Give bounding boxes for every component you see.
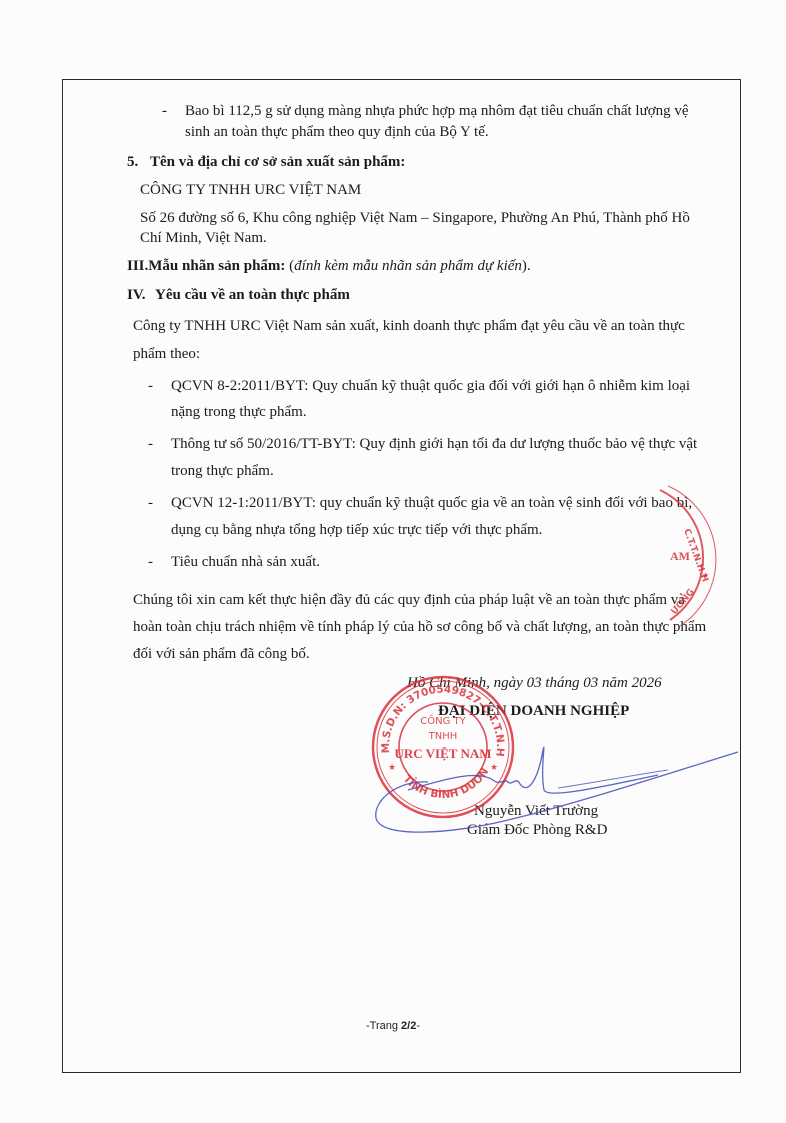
section-5-title: Tên và địa chỉ cơ sở sản xuất sản phẩm: [150, 152, 405, 172]
footer-suffix: - [416, 1020, 420, 1032]
regulation-3-line-1: QCVN 12-1:2011/BYT: quy chuẩn kỹ thuật q… [171, 493, 692, 513]
commitment-line-3: đối với sản phẩm đã công bố. [133, 644, 310, 664]
regulation-2-line-2: trong thực phẩm. [171, 461, 274, 481]
regulation-1-line-2: nặng trong thực phẩm. [171, 402, 307, 422]
bullet-marker: - [148, 434, 153, 454]
section-4-title: Yêu cầu về an toàn thực phẩm [155, 285, 350, 305]
commitment-line-2: hoàn toàn chịu trách nhiệm về tính pháp … [133, 617, 706, 637]
regulation-2-line-1: Thông tư số 50/2016/TT-BYT: Quy định giớ… [171, 434, 697, 454]
bullet-marker: - [148, 493, 153, 513]
bullet-marker: - [148, 376, 153, 396]
regulation-3-line-2: dụng cụ bằng nhựa tổng hợp tiếp xúc trực… [171, 520, 542, 540]
signatory-position: Giám Đốc Phòng R&D [467, 820, 607, 840]
company-name: CÔNG TY TNHH URC VIỆT NAM [140, 180, 361, 200]
section-3-heading: III.Mẫu nhãn sản phẩm: (đính kèm mẫu nhã… [127, 256, 531, 276]
section-4-intro-line-1: Công ty TNHH URC Việt Nam sản xuất, kinh… [133, 316, 685, 336]
place-and-date: Hồ Chí Minh, ngày 03 tháng 03 năm 2026 [407, 673, 662, 693]
section-5-number: 5. [127, 152, 138, 172]
packaging-line-1: Bao bì 112,5 g sử dụng màng nhựa phức hợ… [185, 101, 689, 121]
section-3-note: đính kèm mẫu nhãn sản phẩm dự kiến [294, 258, 522, 274]
page-footer: -Trang 2/2- [0, 1020, 786, 1032]
bullet-marker: - [162, 101, 167, 121]
signatory-name: Nguyễn Viết Trường [474, 801, 598, 821]
section-3-note-open: ( [285, 258, 294, 274]
bullet-marker: - [148, 552, 153, 572]
regulation-4-line-1: Tiêu chuẩn nhà sản xuất. [171, 552, 320, 572]
company-address-line-1: Số 26 đường số 6, Khu công nghiệp Việt N… [140, 208, 690, 228]
representative-title: ĐẠI DIỆN DOANH NGHIỆP [438, 701, 629, 721]
company-address-line-2: Chí Minh, Việt Nam. [140, 228, 267, 248]
footer-prefix: -Trang [366, 1020, 401, 1032]
page-number: 2/2 [401, 1020, 416, 1032]
section-4-number: IV. [127, 285, 146, 305]
section-4-intro-line-2: phẩm theo: [133, 344, 200, 364]
commitment-line-1: Chúng tôi xin cam kết thực hiện đầy đủ c… [133, 590, 685, 610]
regulation-1-line-1: QCVN 8-2:2011/BYT: Quy chuẩn kỹ thuật qu… [171, 376, 690, 396]
packaging-line-2: sinh an toàn thực phẩm theo quy định của… [185, 122, 489, 142]
section-3-title: Mẫu nhãn sản phẩm: [148, 258, 285, 274]
section-3-number: III. [127, 258, 148, 274]
section-3-note-close: ). [522, 258, 531, 274]
